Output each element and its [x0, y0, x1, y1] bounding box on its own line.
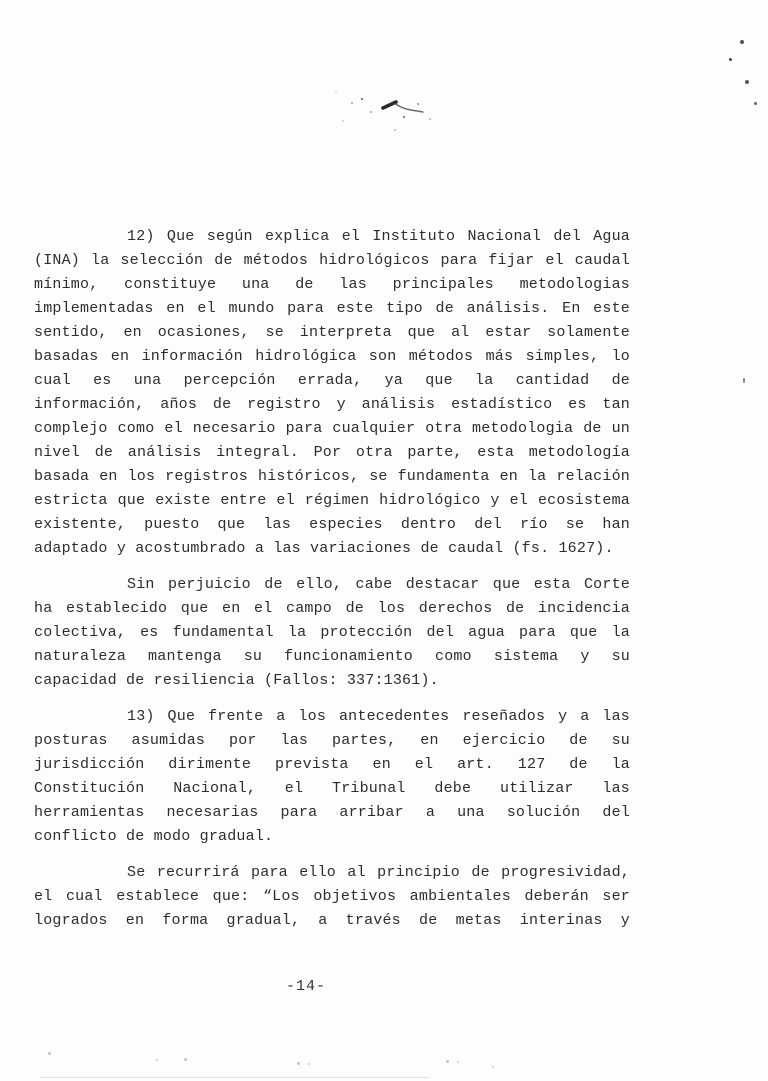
text-line: basada en los registros históricos, se f…	[34, 465, 630, 489]
text-line: Se recurrirá para ello al principio de p…	[34, 861, 630, 885]
text-line: adaptado y acostumbrado a las variacione…	[34, 537, 630, 561]
text-line: información, años de registro y análisis…	[34, 393, 630, 417]
scan-speck	[754, 102, 757, 105]
scan-edge-streak	[40, 1077, 430, 1078]
text-line: capacidad de resiliencia (Fallos: 337:13…	[34, 669, 630, 693]
considerando-12: 12) Que según explica el Instituto Nacio…	[34, 225, 630, 561]
scan-speck	[492, 1066, 494, 1068]
scan-speck	[729, 58, 732, 61]
text-line: cual es una percepción errada, ya que la…	[34, 369, 630, 393]
scan-speck	[457, 1061, 459, 1063]
scan-speck	[740, 40, 744, 44]
ink-scribble-mark	[300, 80, 460, 150]
text-line: posturas asumidas por las partes, en eje…	[34, 729, 630, 753]
text-line: complejo como el necesario para cualquie…	[34, 417, 630, 441]
scan-speck	[184, 1058, 187, 1061]
text-line: 12) Que según explica el Instituto Nacio…	[34, 225, 630, 249]
scan-speck	[48, 1052, 51, 1055]
page-number: -14-	[286, 978, 326, 995]
text-line: sentido, en ocasiones, se interpreta que…	[34, 321, 630, 345]
text-line: naturaleza mantenga su funcionamiento co…	[34, 645, 630, 669]
scan-speck	[743, 378, 745, 383]
text-line: jurisdicción dirimente prevista en el ar…	[34, 753, 630, 777]
text-line: Sin perjuicio de ello, cabe destacar que…	[34, 573, 630, 597]
text-line: implementadas en el mundo para este tipo…	[34, 297, 630, 321]
text-line: ha establecido que en el campo de los de…	[34, 597, 630, 621]
text-line: colectiva, es fundamental la protección …	[34, 621, 630, 645]
considerando-13: 13) Que frente a los antecedentes reseña…	[34, 705, 630, 849]
text-line: logrados en forma gradual, a través de m…	[34, 909, 630, 933]
text-line: estricta que existe entre el régimen hid…	[34, 489, 630, 513]
scan-speck	[446, 1060, 449, 1063]
text-line: basadas en información hidrológica son m…	[34, 345, 630, 369]
scan-speck	[156, 1059, 158, 1061]
text-line: conflicto de modo gradual.	[34, 825, 630, 849]
text-line: (INA) la selección de métodos hidrológic…	[34, 249, 630, 273]
parrafo-sin-perjuicio: Sin perjuicio de ello, cabe destacar que…	[34, 573, 630, 693]
text-line: mínimo, constituye una de las principale…	[34, 273, 630, 297]
text-line: herramientas necesarias para arribar a u…	[34, 801, 630, 825]
text-line: el cual establece que: “Los objetivos am…	[34, 885, 630, 909]
scan-speck	[308, 1063, 310, 1065]
text-block: 12) Que según explica el Instituto Nacio…	[34, 225, 630, 945]
scanned-page: 12) Que según explica el Instituto Nacio…	[0, 0, 768, 1081]
text-line: 13) Que frente a los antecedentes reseña…	[34, 705, 630, 729]
scan-speck	[297, 1062, 300, 1065]
scan-speck	[745, 80, 749, 84]
parrafo-progresividad: Se recurrirá para ello al principio de p…	[34, 861, 630, 933]
text-line: nivel de análisis integral. Por otra par…	[34, 441, 630, 465]
text-line: Constitución Nacional, el Tribunal debe …	[34, 777, 630, 801]
text-line: existente, puesto que las especies dentr…	[34, 513, 630, 537]
